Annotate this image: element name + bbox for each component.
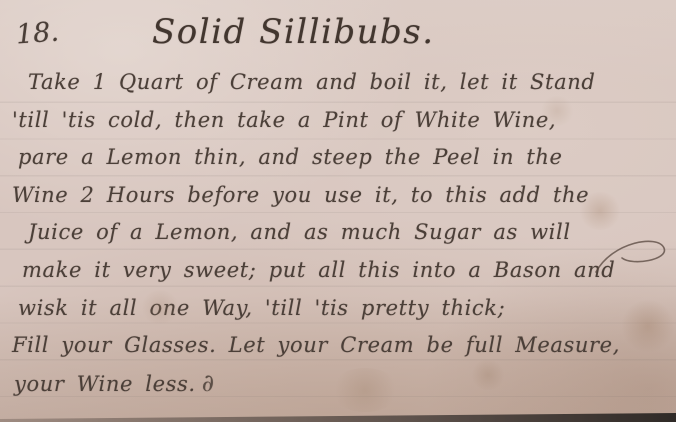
recipe-number: 18. [15,17,60,51]
recipe-body: Take 1 Quart of Cream and boil it, let i… [0,64,676,402]
manuscript-line: wisk it all one Way, 'till 'tis pretty t… [0,290,676,328]
manuscript-line: Fill your Glasses. Let your Cream be ful… [0,327,676,365]
recipe-title: Solid Sillibubs. [152,12,435,52]
manuscript-line: make it very sweet; put all this into a … [0,252,676,290]
end-flourish-mark: ∂ [196,369,215,397]
manuscript-line: Wine 2 Hours before you use it, to this … [0,177,676,215]
manuscript-line: 'till 'tis cold, then take a Pint of Whi… [0,102,676,140]
manuscript-line: Take 1 Quart of Cream and boil it, let i… [0,64,676,102]
manuscript-line: pare a Lemon thin, and steep the Peel in… [0,139,676,177]
manuscript-line-text: your Wine less. [14,372,196,396]
page-bottom-edge [0,413,676,422]
manuscript-line: Juice of a Lemon, and as much Sugar as w… [0,214,676,252]
manuscript-page: 18. Solid Sillibubs. Take 1 Quart of Cre… [0,0,676,422]
recipe-header: 18. Solid Sillibubs. [0,6,676,62]
manuscript-line: your Wine less.∂ [0,365,676,403]
